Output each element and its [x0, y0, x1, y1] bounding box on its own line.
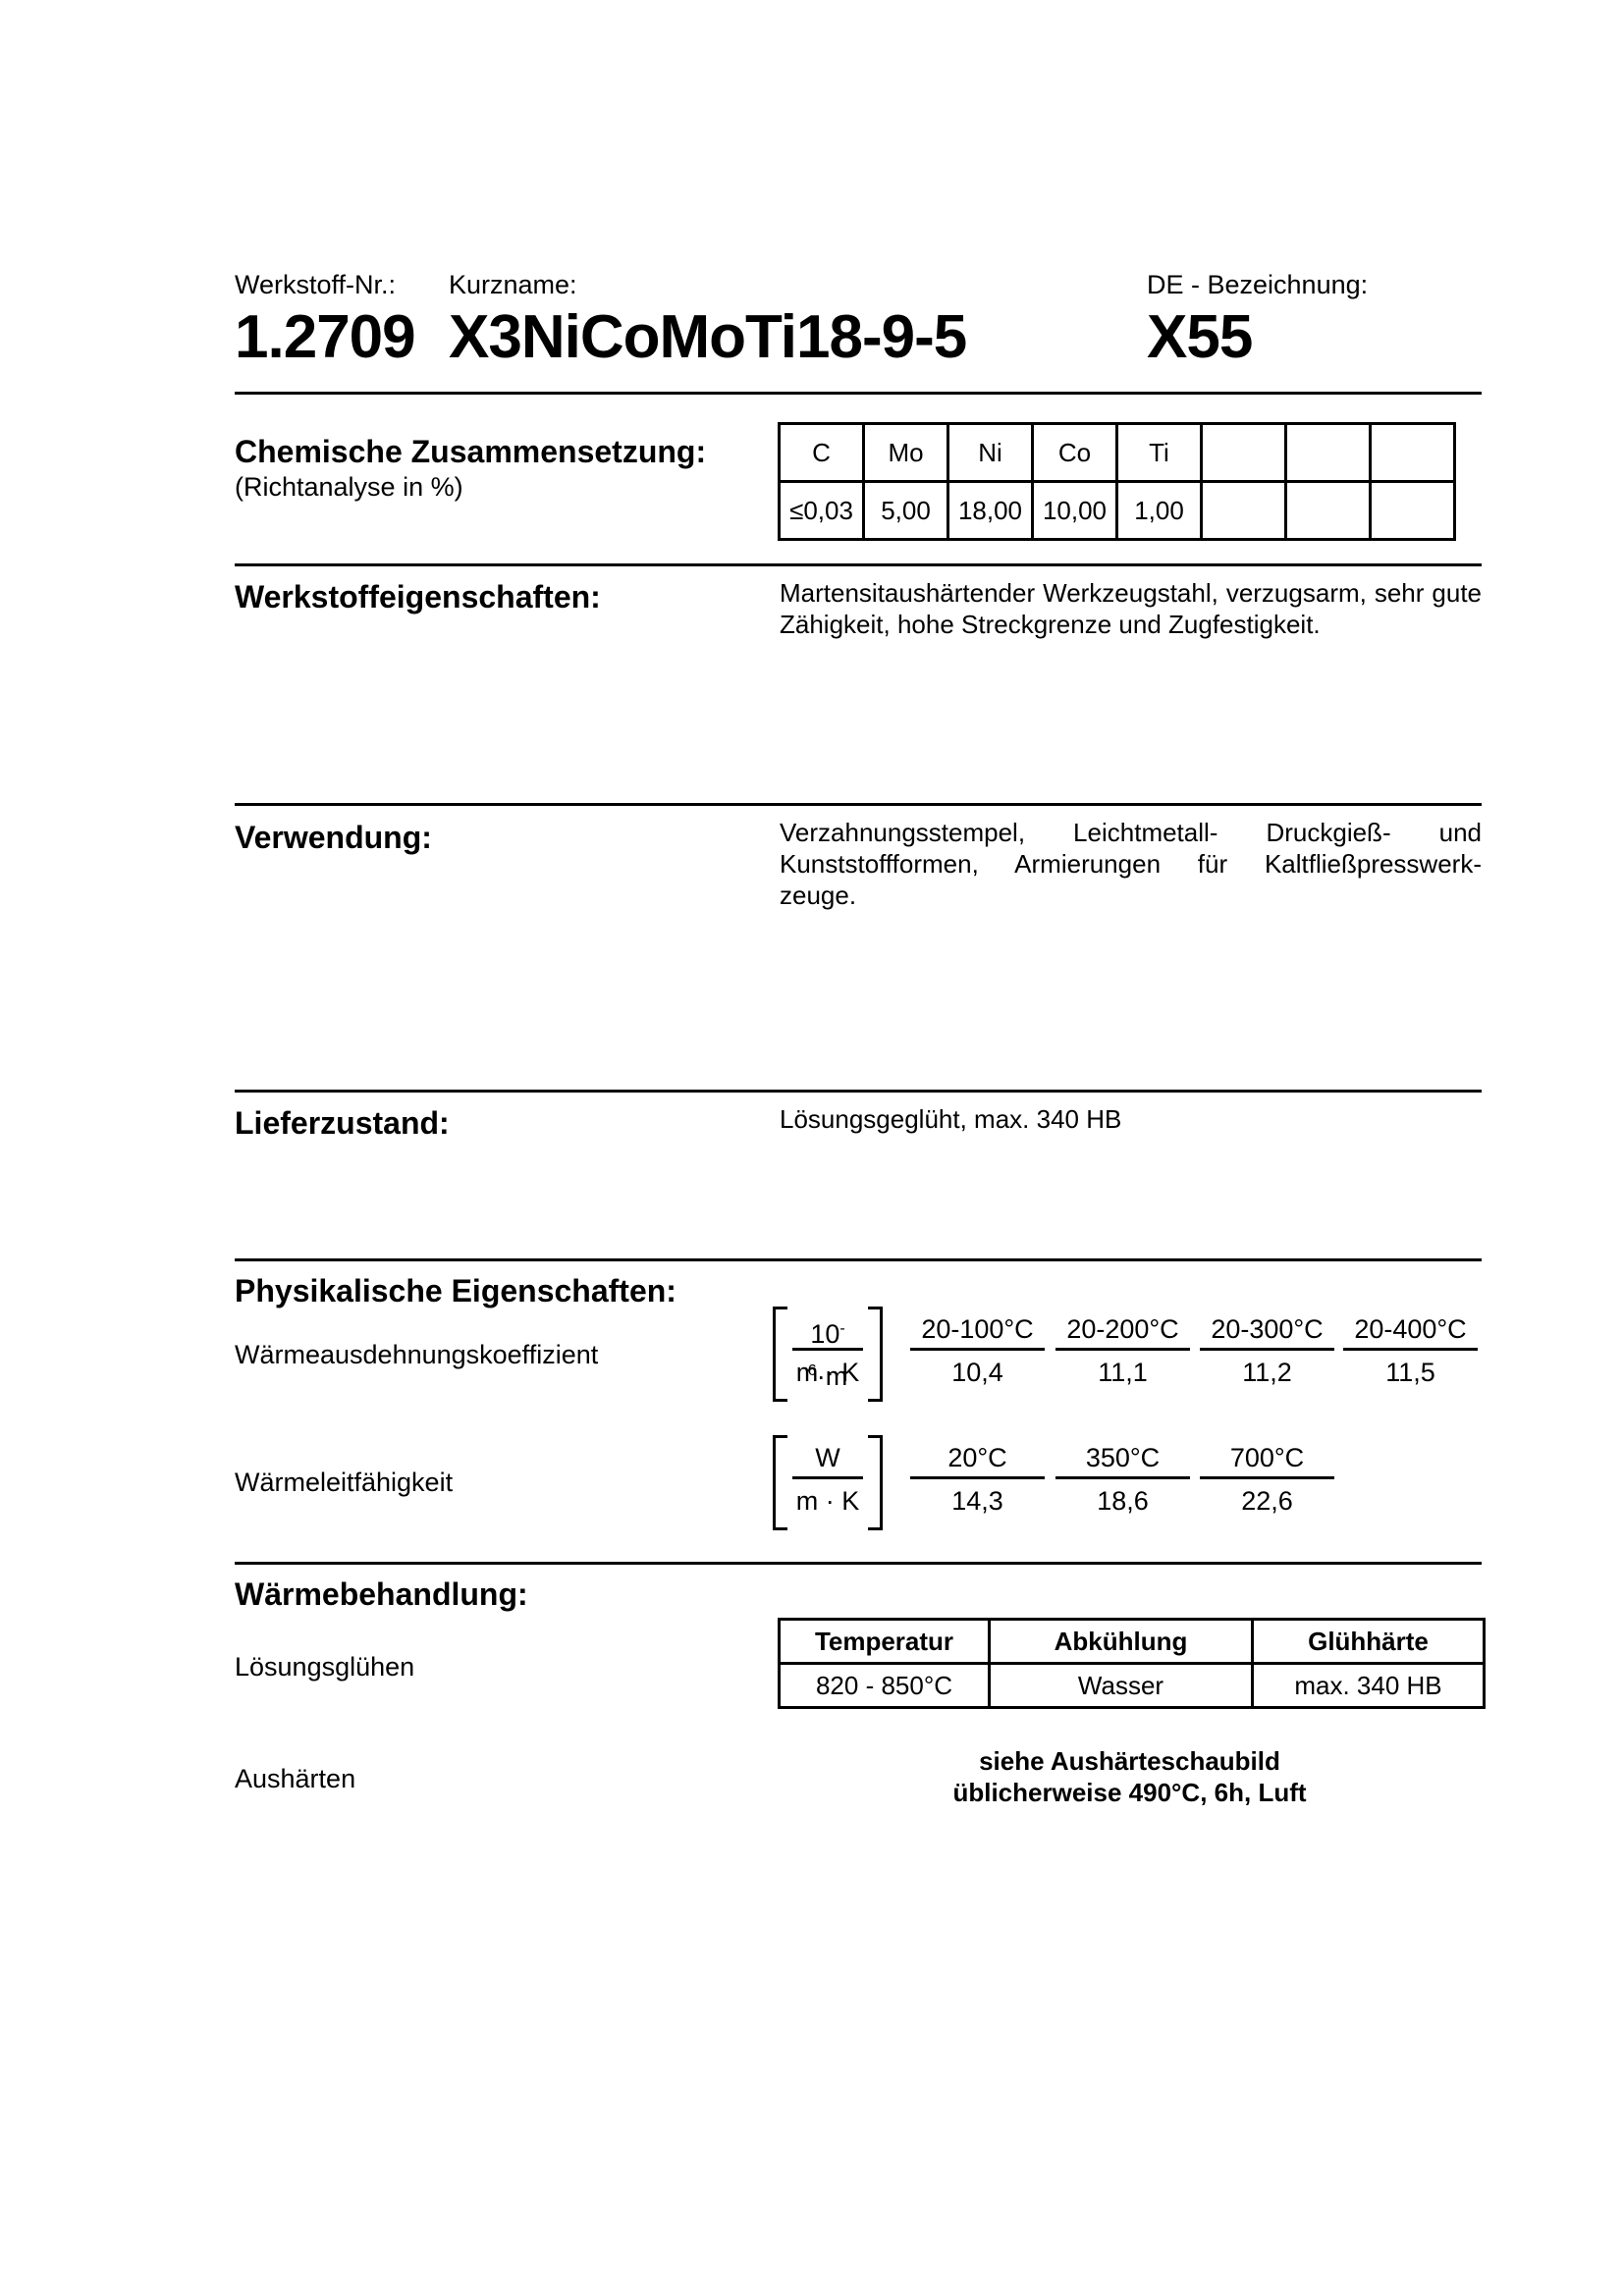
temperature-column: 700°C22,6 — [1200, 1439, 1334, 1519]
ausdehnung-label: Wärmeausdehnungskoeffizient — [235, 1340, 598, 1370]
loesungsgluehen-label: Lösungsglühen — [235, 1652, 414, 1682]
element-cell: Co — [1033, 424, 1117, 482]
de-bezeichnung-value: X55 — [1147, 302, 1252, 372]
unit-denominator: m · K — [792, 1479, 863, 1519]
werkstoff-nr-label: Werkstoff-Nr.: — [235, 270, 396, 300]
temperature-range: 350°C — [1055, 1439, 1190, 1476]
unit-numerator: 10-6·m — [792, 1310, 863, 1348]
element-cell: Ti — [1117, 424, 1202, 482]
temperature-column: 20°C14,3 — [910, 1439, 1045, 1519]
verwendung-text: Verzahnungsstempel, Leichtmetall- Druckg… — [780, 817, 1482, 911]
divider — [235, 1562, 1482, 1565]
element-cell: Ni — [948, 424, 1033, 482]
temperature-column: 20-200°C11,1 — [1055, 1310, 1190, 1390]
divider — [235, 803, 1482, 806]
unit-denominator: m · K — [792, 1351, 863, 1390]
element-cell — [1286, 424, 1371, 482]
leitfaehigkeit-label: Wärmeleitfähigkeit — [235, 1468, 453, 1498]
value-cell: 10,00 — [1033, 482, 1117, 540]
unit-numerator: W — [792, 1439, 863, 1476]
section-title-verwendung: Verwendung: — [235, 820, 432, 856]
value-cell — [1202, 482, 1286, 540]
aushaerten-line: üblicherweise 490°C, 6h, Luft — [778, 1777, 1482, 1808]
eigenschaften-text: Martensitaushärtender Werkzeugstahl, ver… — [780, 577, 1482, 640]
header-gluehhaerte: Glühhärte — [1253, 1620, 1485, 1664]
section-title-chemie: Chemische Zusammensetzung: — [235, 434, 706, 470]
value-cell — [1286, 482, 1371, 540]
temperature-range: 20°C — [910, 1439, 1045, 1476]
header-temperatur: Temperatur — [780, 1620, 990, 1664]
temperature-range: 20-300°C — [1200, 1310, 1334, 1348]
element-cell: C — [780, 424, 864, 482]
element-row: CMoNiCoTi — [780, 424, 1455, 482]
coefficient-value: 11,5 — [1343, 1351, 1478, 1390]
temperature-range: 20-400°C — [1343, 1310, 1478, 1348]
divider — [235, 392, 1482, 395]
de-bezeichnung-label: DE - Bezeichnung: — [1147, 270, 1368, 300]
value-gluehhaerte: max. 340 HB — [1253, 1664, 1485, 1708]
value-row: ≤0,035,0018,0010,001,00 — [780, 482, 1455, 540]
value-abkuehlung: Wasser — [990, 1664, 1253, 1708]
kurzname-value: X3NiCoMoTi18-9-5 — [449, 302, 966, 372]
divider — [235, 563, 1482, 566]
divider — [235, 1258, 1482, 1261]
chemie-subtitle: (Richtanalyse in %) — [235, 472, 463, 503]
aushaerten-text: siehe Aushärteschaubild üblicherweise 49… — [778, 1745, 1482, 1808]
kurzname-label: Kurzname: — [449, 270, 577, 300]
element-cell — [1202, 424, 1286, 482]
section-title-waermebehandlung: Wärmebehandlung: — [235, 1576, 528, 1613]
coefficient-value: 18,6 — [1055, 1479, 1190, 1519]
verwendung-line: zeuge. — [780, 880, 1482, 911]
value-cell: 18,00 — [948, 482, 1033, 540]
coefficient-value: 22,6 — [1200, 1479, 1334, 1519]
header-row: Temperatur Abkühlung Glühhärte — [780, 1620, 1485, 1664]
section-title-eigenschaften: Werkstoffeigenschaften: — [235, 579, 601, 615]
lieferzustand-text: Lösungsgeglüht, max. 340 HB — [780, 1103, 1121, 1135]
divider — [235, 1090, 1482, 1093]
temperature-column: 20-400°C11,5 — [1343, 1310, 1478, 1390]
temperature-range: 700°C — [1200, 1439, 1334, 1476]
coefficient-value: 10,4 — [910, 1351, 1045, 1390]
chemical-composition-table: CMoNiCoTi ≤0,035,0018,0010,001,00 — [778, 422, 1456, 541]
coefficient-value: 14,3 — [910, 1479, 1045, 1519]
aushaerten-line: siehe Aushärteschaubild — [778, 1745, 1482, 1777]
value-cell: ≤0,03 — [780, 482, 864, 540]
value-cell: 1,00 — [1117, 482, 1202, 540]
header-abkuehlung: Abkühlung — [990, 1620, 1253, 1664]
element-cell — [1371, 424, 1455, 482]
element-cell: Mo — [864, 424, 948, 482]
value-row: 820 - 850°C Wasser max. 340 HB — [780, 1664, 1485, 1708]
value-cell: 5,00 — [864, 482, 948, 540]
heat-treatment-table: Temperatur Abkühlung Glühhärte 820 - 850… — [778, 1618, 1486, 1709]
coefficient-value: 11,1 — [1055, 1351, 1190, 1390]
section-title-lieferzustand: Lieferzustand: — [235, 1105, 450, 1142]
aushaerten-label: Aushärten — [235, 1764, 355, 1794]
temperature-column: 350°C18,6 — [1055, 1439, 1190, 1519]
value-temperatur: 820 - 850°C — [780, 1664, 990, 1708]
temperature-column: 20-300°C11,2 — [1200, 1310, 1334, 1390]
unit-bracket-leitfaehigkeit: W m · K — [773, 1435, 883, 1530]
verwendung-line: Kunststoffformen, Armierungen für Kaltfl… — [780, 848, 1482, 880]
temperature-column: 20-100°C10,4 — [910, 1310, 1045, 1390]
coefficient-value: 11,2 — [1200, 1351, 1334, 1390]
temperature-range: 20-100°C — [910, 1310, 1045, 1348]
werkstoff-nr-value: 1.2709 — [235, 302, 415, 372]
value-cell — [1371, 482, 1455, 540]
section-title-physik: Physikalische Eigenschaften: — [235, 1273, 676, 1309]
verwendung-line: Verzahnungsstempel, Leichtmetall- Druckg… — [780, 817, 1482, 848]
temperature-range: 20-200°C — [1055, 1310, 1190, 1348]
unit-bracket-ausdehnung: 10-6·m m · K — [773, 1307, 883, 1402]
